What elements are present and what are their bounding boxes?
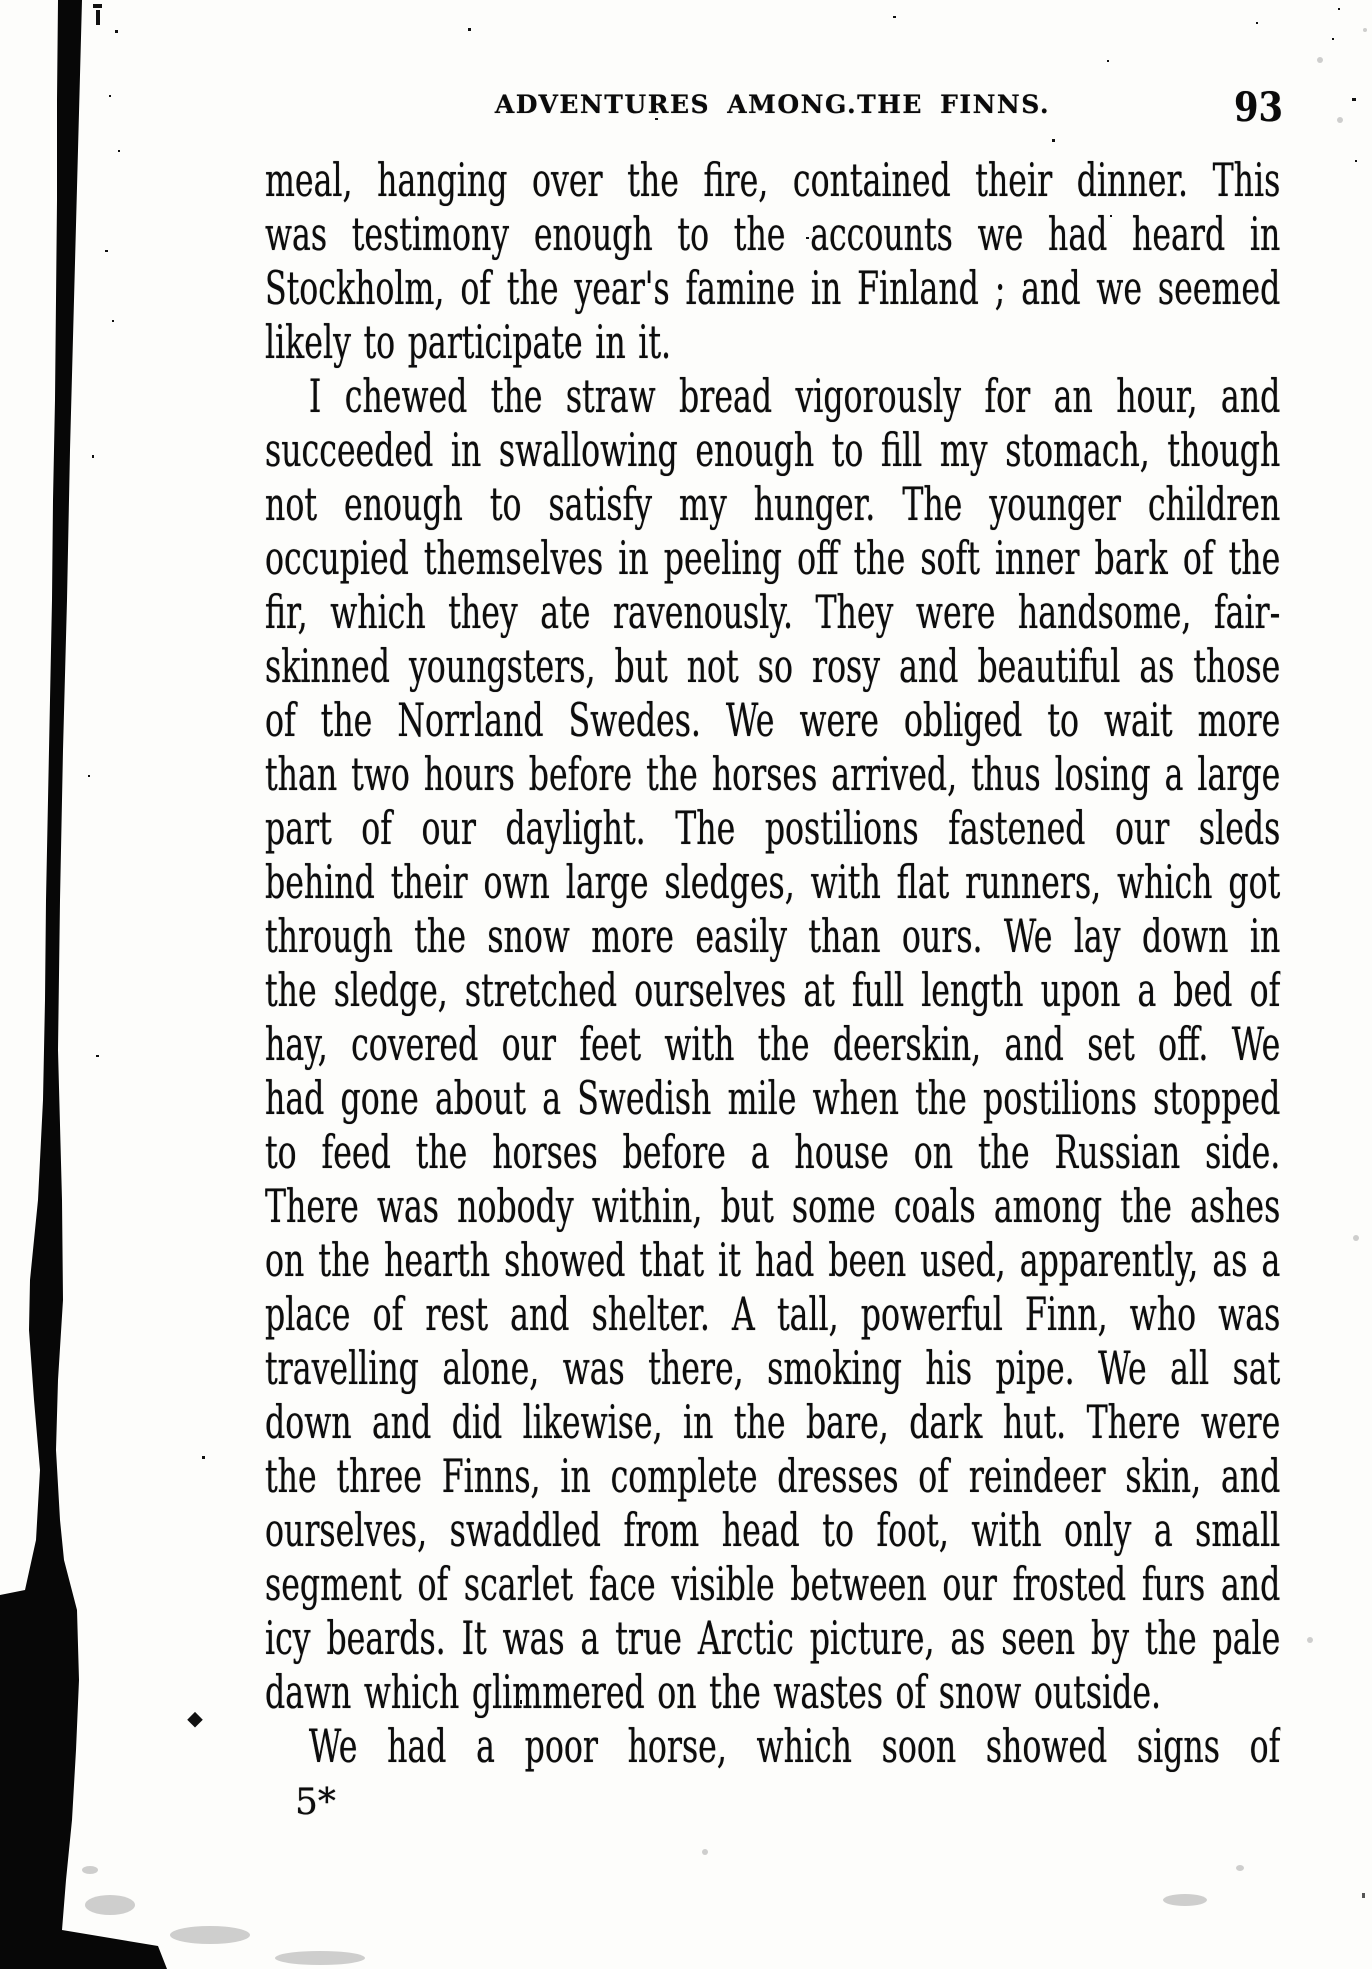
text-line-13: part of our daylight. The postilions fas… (265, 801, 1280, 855)
text-line-15: through the snow more easily than ours. … (265, 909, 1280, 963)
text-line-24: down and did likewise, in the bare, dark… (265, 1395, 1280, 1449)
text-line-9: fir, which they ate ravenously. They wer… (265, 585, 1280, 639)
text-line-1: meal, hanging over the fire, contained t… (265, 153, 1280, 207)
book-page-scan: ADVENTURES AMONG.THE FINNS. 93 meal, han… (0, 0, 1372, 1969)
text-line-3: Stockholm, of the year's famine in Finla… (265, 261, 1280, 315)
text-line-25: the three Finns, in complete dresses of … (265, 1449, 1280, 1503)
text-line-18: had gone about a Swedish mile when the p… (265, 1071, 1280, 1125)
text-line-11: of the Norrland Swedes. We were obliged … (265, 693, 1280, 747)
text-line-8: occupied themselves in peeling off the s… (265, 531, 1280, 585)
text-line-26: ourselves, swaddled from head to foot, w… (265, 1503, 1280, 1557)
text-line-29: dawn which glimmered on the wastes of sn… (265, 1665, 1280, 1719)
text-line-19: to feed the horses before a house on the… (265, 1125, 1280, 1179)
text-line-12: than two hours before the horses arrived… (265, 747, 1280, 801)
page-body-text: meal, hanging over the fire, contained t… (265, 153, 1280, 1773)
text-line-16: the sledge, stretched ourselves at full … (265, 963, 1280, 1017)
text-line-10: skinned youngsters, but not so rosy and … (265, 639, 1280, 693)
text-line-17: hay, covered our feet with the deerskin,… (265, 1017, 1280, 1071)
text-line-14: behind their own large sledges, with fla… (265, 855, 1280, 909)
text-line-4: likely to participate in it. (265, 315, 1280, 369)
text-line-7: not enough to satisfy my hunger. The you… (265, 477, 1280, 531)
text-line-27: segment of scarlet face visible between … (265, 1557, 1280, 1611)
page-number: 93 (1234, 84, 1283, 131)
text-line-30: We had a poor horse, which soon showed s… (265, 1719, 1280, 1773)
text-line-20: There was nobody within, but some coals … (265, 1179, 1280, 1233)
text-line-5: I chewed the straw bread vigorously for … (265, 369, 1280, 423)
signature-mark: 5* (295, 1782, 336, 1823)
text-line-6: succeeded in swallowing enough to fill m… (265, 423, 1280, 477)
text-line-22: place of rest and shelter. A tall, power… (265, 1287, 1280, 1341)
text-line-23: travelling alone, was there, smoking his… (265, 1341, 1280, 1395)
running-header-title: ADVENTURES AMONG.THE FINNS. (265, 90, 1280, 119)
text-line-2: was testimony enough to the accounts we … (265, 207, 1280, 261)
text-line-28: icy beards. It was a true Arctic picture… (265, 1611, 1280, 1665)
text-line-21: on the hearth showed that it had been us… (265, 1233, 1280, 1287)
